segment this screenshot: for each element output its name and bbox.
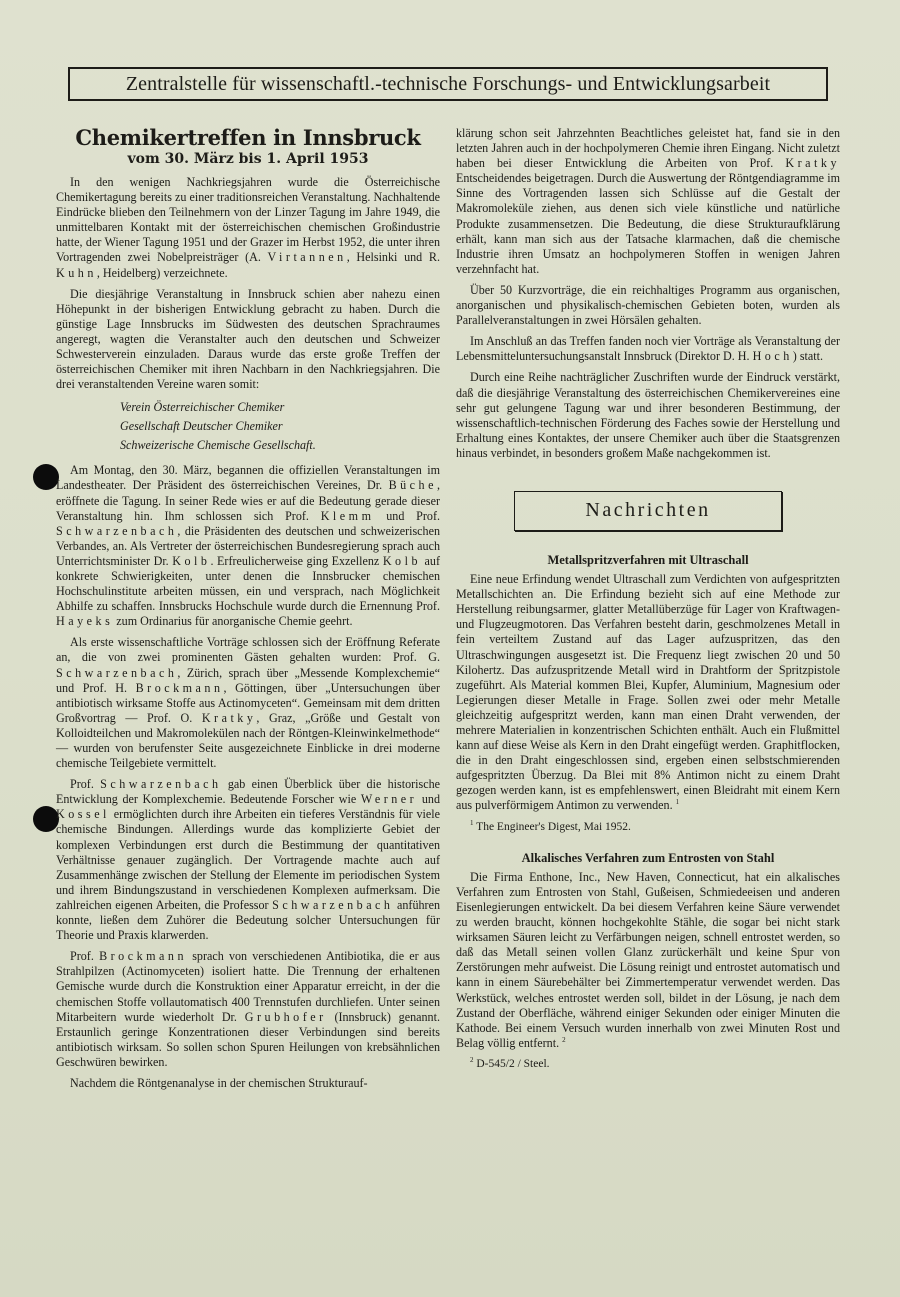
article-paragraph-1: In den wenigen Nachkriegsjahren wurde di… bbox=[56, 175, 440, 281]
person-name: Kuhn bbox=[56, 266, 97, 280]
text: Als erste wissenschaftliche Vorträge sch… bbox=[56, 635, 440, 664]
person-name: Schwarzenbach bbox=[56, 524, 177, 538]
person-name: Kossel bbox=[56, 807, 110, 821]
organization-list: Verein Österreichischer Chemiker Gesells… bbox=[120, 398, 440, 455]
person-name: Kolb bbox=[383, 554, 421, 568]
news-heading-1: Metallspritzverfahren mit Ultraschall bbox=[456, 553, 840, 568]
article-paragraph-5: Prof. Schwarzenbach gab einen Überblick … bbox=[56, 777, 440, 943]
person-name: Grubhofer bbox=[245, 1010, 327, 1024]
text: Prof. bbox=[70, 777, 100, 791]
person-name: Schwarzenbach bbox=[56, 666, 177, 680]
text: Prof. bbox=[70, 949, 99, 963]
text: Nachdem die Röntgenanalyse in der chemis… bbox=[70, 1076, 368, 1090]
news-body-1: Eine neue Erfindung wendet Ultraschall z… bbox=[456, 572, 840, 814]
person-name: Kolb bbox=[172, 554, 210, 568]
masthead-banner: Zentralstelle für wissenschaftl.-technis… bbox=[68, 67, 828, 101]
person-name: Büche bbox=[389, 478, 437, 492]
masthead-title: Zentralstelle für wissenschaftl.-technis… bbox=[126, 73, 770, 96]
person-name: Brockmann bbox=[99, 949, 187, 963]
text: klärung schon seit Jahrzehnten Beachtlic… bbox=[456, 126, 840, 170]
footnote-text: The Engineer's Digest, Mai 1952. bbox=[476, 821, 631, 833]
article-subtitle: vom 30. März bis 1. April 1953 bbox=[56, 150, 440, 168]
news-body-2: Die Firma Enthone, Inc., New Haven, Conn… bbox=[456, 870, 840, 1051]
article-paragraph-6: Prof. Brockmann sprach von verschiedenen… bbox=[56, 949, 440, 1070]
person-name: Kratky bbox=[202, 711, 257, 725]
left-column: Chemikertreffen in Innsbruck vom 30. Mär… bbox=[56, 126, 440, 1097]
organization-item: Verein Österreichischer Chemiker bbox=[120, 398, 440, 417]
text: Die Firma Enthone, Inc., New Haven, Conn… bbox=[456, 870, 840, 1050]
text: Am Montag, den 30. März, begannen die of… bbox=[56, 463, 440, 492]
text: und Prof. bbox=[374, 509, 440, 523]
article-paragraph-10: Durch eine Reihe nachträglicher Zuschrif… bbox=[456, 370, 840, 461]
text: , Helsinki und R. bbox=[347, 250, 440, 264]
spacer bbox=[456, 835, 840, 851]
footnote-ref: 2 bbox=[562, 1036, 566, 1044]
text: ermöglichten durch ihre Arbeiten ein tie… bbox=[56, 807, 440, 912]
text: Entscheidendes beigetragen. Durch die Au… bbox=[456, 171, 840, 276]
text: Eine neue Erfindung wendet Ultraschall z… bbox=[456, 572, 840, 812]
news-heading-2: Alkalisches Verfahren zum Entrosten von … bbox=[456, 851, 840, 866]
organization-item: Gesellschaft Deutscher Chemiker bbox=[120, 417, 440, 436]
article-paragraph-8: Über 50 Kurzvorträge, die ein reichhalti… bbox=[456, 283, 840, 328]
right-column: klärung schon seit Jahrzehnten Beachtlic… bbox=[456, 126, 840, 1072]
footnote-ref: 1 bbox=[676, 798, 680, 806]
article-paragraph-7-start: Nachdem die Röntgenanalyse in der chemis… bbox=[56, 1076, 440, 1091]
article-title: Chemikertreffen in Innsbruck bbox=[56, 126, 440, 150]
text: , Heidelberg) verzeichnete. bbox=[97, 266, 228, 280]
organization-item: Schweizerische Chemische Gesellschaft. bbox=[120, 436, 440, 455]
footnote-mark: 1 bbox=[470, 819, 474, 827]
footnote-mark: 2 bbox=[470, 1056, 474, 1064]
person-name: Kratky bbox=[785, 156, 840, 170]
news-section-title: Nachrichten bbox=[585, 503, 710, 518]
article-paragraph-3: Am Montag, den 30. März, begannen die of… bbox=[56, 463, 440, 629]
article-paragraph-9: Im Anschluß an das Treffen fanden noch v… bbox=[456, 334, 840, 364]
text: ) statt. bbox=[793, 349, 823, 363]
article-paragraph-2: Die diesjährige Veranstaltung in Innsbru… bbox=[56, 287, 440, 393]
person-name: Klemm bbox=[321, 509, 375, 523]
news-section-title-box: Nachrichten bbox=[514, 491, 782, 531]
article-paragraph-4: Als erste wissenschaftliche Vorträge sch… bbox=[56, 635, 440, 771]
footnote-2: 2 D-545/2 / Steel. bbox=[470, 1057, 840, 1072]
person-name: Werner bbox=[361, 792, 417, 806]
person-name: Hoch bbox=[753, 349, 793, 363]
footnote-1: 1 The Engineer's Digest, Mai 1952. bbox=[470, 820, 840, 835]
person-name: Schwarzenbach bbox=[100, 777, 221, 791]
person-name: Hayeks bbox=[56, 614, 113, 628]
article-paragraph-7-continued: klärung schon seit Jahrzehnten Beachtlic… bbox=[456, 126, 840, 277]
scanned-page: Zentralstelle für wissenschaftl.-technis… bbox=[0, 0, 900, 1297]
text: und bbox=[417, 792, 440, 806]
text: zum Ordinarius für anorganische Chemie g… bbox=[113, 614, 352, 628]
person-name: Schwarzenbach bbox=[272, 898, 393, 912]
text: . Erfreulicherweise ging Exzellenz bbox=[210, 554, 382, 568]
person-name: Brockmann bbox=[136, 681, 224, 695]
person-name: Virtannen bbox=[268, 250, 347, 264]
footnote-text: D-545/2 / Steel. bbox=[476, 1058, 549, 1070]
